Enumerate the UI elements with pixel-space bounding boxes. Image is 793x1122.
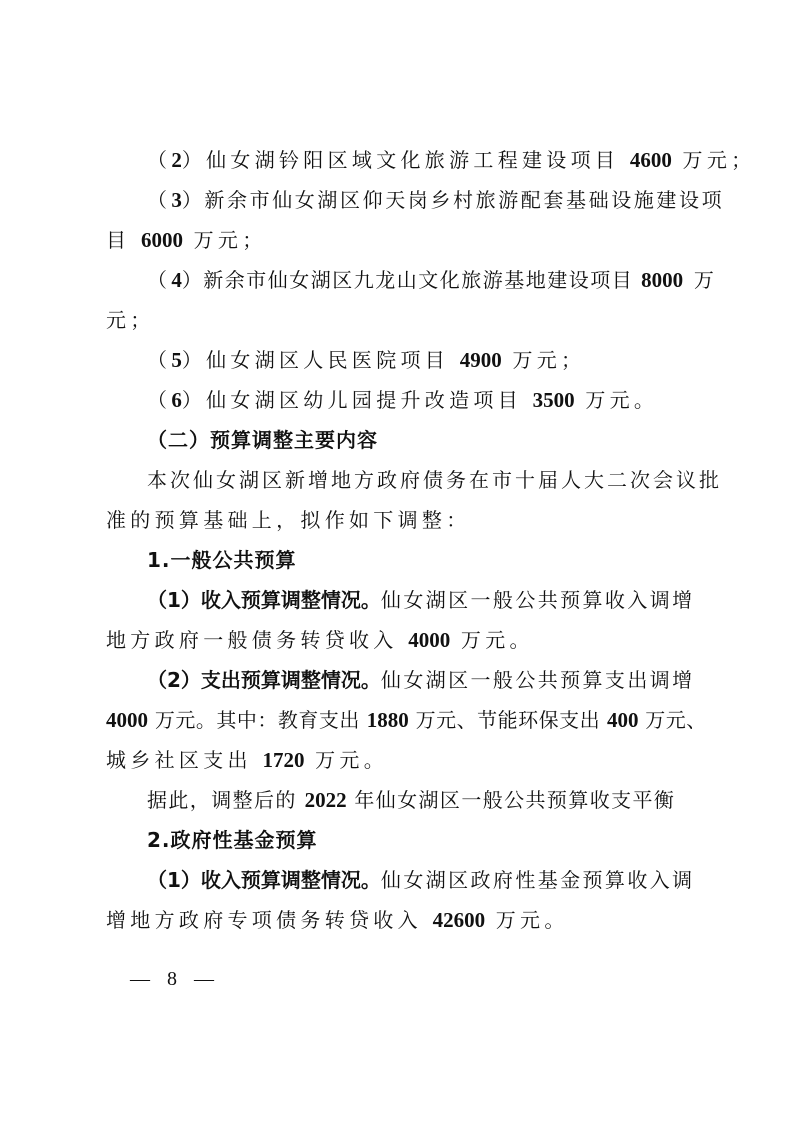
text: 年仙女湖区一般公共预算收支平衡 <box>347 788 676 812</box>
text: （ <box>147 268 171 292</box>
paragraph-line: （1）收入预算调整情况。仙女湖区政府性基金预算收入调 <box>147 865 696 895</box>
text: 元； <box>106 308 155 332</box>
text: 万 <box>683 268 718 292</box>
amount: 4600 <box>630 148 672 172</box>
amount: 1720 <box>262 748 304 772</box>
text: 万元、 <box>638 708 706 732</box>
amount: 4000 <box>106 708 148 732</box>
amount: 4900 <box>460 348 502 372</box>
text: ）新余市仙女湖区九龙山文化旅游基地建设项目 <box>182 268 641 292</box>
bold-lead: （1）收入预算调整情况。 <box>147 868 381 892</box>
amount: 8000 <box>641 268 683 292</box>
text: 万元； <box>672 148 756 172</box>
amount: 1880 <box>367 708 409 732</box>
text: 万元。 <box>450 628 534 652</box>
text: 万元； <box>183 228 267 252</box>
amount: 6000 <box>141 228 183 252</box>
paragraph-line: 增地方政府专项债务转贷收入 42600 万元。 <box>106 905 696 935</box>
text: 万元、节能环保支出 <box>409 708 607 732</box>
text: 据此，调整后的 <box>147 788 305 812</box>
text: ）仙女湖钤阳区域文化旅游工程建设项目 <box>182 148 630 172</box>
text: 万元。 <box>485 908 569 932</box>
amount: 400 <box>607 708 639 732</box>
text: ）新余市仙女湖区仰天岗乡村旅游配套基础设施建设项 <box>182 188 724 212</box>
paragraph-line: 地方政府一般债务转贷收入 4000 万元。 <box>106 625 696 655</box>
amount: 4000 <box>408 628 450 652</box>
section-heading: （二）预算调整主要内容 <box>147 425 696 455</box>
text: （ <box>147 188 171 212</box>
amount: 3500 <box>533 388 575 412</box>
bold-lead: （2）支出预算调整情况。 <box>147 668 381 692</box>
item-number: 5 <box>171 348 182 372</box>
text: ）仙女湖区人民医院项目 <box>182 348 460 372</box>
document-page: （2）仙女湖钤阳区域文化旅游工程建设项目 4600 万元； （3）新余市仙女湖区… <box>0 0 793 1122</box>
item-4-line-1: （4）新余市仙女湖区九龙山文化旅游基地建设项目 8000 万 <box>147 265 696 295</box>
item-3-line-2: 目 6000 万元； <box>106 225 696 255</box>
page-number: — 8 — <box>130 968 220 991</box>
subsection-heading: 2.政府性基金预算 <box>147 825 696 855</box>
bold-lead: （1）收入预算调整情况。 <box>147 588 381 612</box>
amount: 2022 <box>305 788 347 812</box>
item-5-line: （5）仙女湖区人民医院项目 4900 万元； <box>147 345 696 375</box>
text: 万元。 <box>304 748 388 772</box>
item-number: 4 <box>171 268 182 292</box>
item-3-line-1: （3）新余市仙女湖区仰天岗乡村旅游配套基础设施建设项 <box>147 185 696 215</box>
text: 万元。其中：教育支出 <box>148 708 367 732</box>
item-number: 2 <box>171 148 182 172</box>
text: （ <box>147 348 171 372</box>
text: 增地方政府专项债务转贷收入 <box>106 908 433 932</box>
text: （ <box>147 388 171 412</box>
text: （ <box>147 148 171 172</box>
text: 万元。 <box>575 388 659 412</box>
item-number: 3 <box>171 188 182 212</box>
paragraph-line: （1）收入预算调整情况。仙女湖区一般公共预算收入调增 <box>147 585 696 615</box>
subsection-heading: 1.一般公共预算 <box>147 545 696 575</box>
paragraph-line: 本次仙女湖区新增地方政府债务在市十届人大二次会议批 <box>147 465 696 495</box>
paragraph-line: 据此，调整后的 2022 年仙女湖区一般公共预算收支平衡 <box>147 785 696 815</box>
text: 仙女湖区政府性基金预算收入调 <box>381 868 695 892</box>
text: 仙女湖区一般公共预算收入调增 <box>381 588 695 612</box>
paragraph-line: （2）支出预算调整情况。仙女湖区一般公共预算支出调增 <box>147 665 696 695</box>
paragraph-line: 4000 万元。其中：教育支出 1880 万元、节能环保支出 400 万元、 <box>106 705 696 735</box>
text: 万元； <box>502 348 586 372</box>
paragraph-line: 准的预算基础上，拟作如下调整： <box>106 505 696 535</box>
text: 地方政府一般债务转贷收入 <box>106 628 408 652</box>
item-6-line: （6）仙女湖区幼儿园提升改造项目 3500 万元。 <box>147 385 696 415</box>
item-number: 6 <box>171 388 182 412</box>
item-2-line: （2）仙女湖钤阳区域文化旅游工程建设项目 4600 万元； <box>147 145 696 175</box>
text: 目 <box>106 228 141 252</box>
text: 仙女湖区一般公共预算支出调增 <box>381 668 695 692</box>
text: ）仙女湖区幼儿园提升改造项目 <box>182 388 533 412</box>
text: 城乡社区支出 <box>106 748 262 772</box>
amount: 42600 <box>433 908 486 932</box>
item-4-line-2: 元； <box>106 305 696 335</box>
paragraph-line: 城乡社区支出 1720 万元。 <box>106 745 696 775</box>
